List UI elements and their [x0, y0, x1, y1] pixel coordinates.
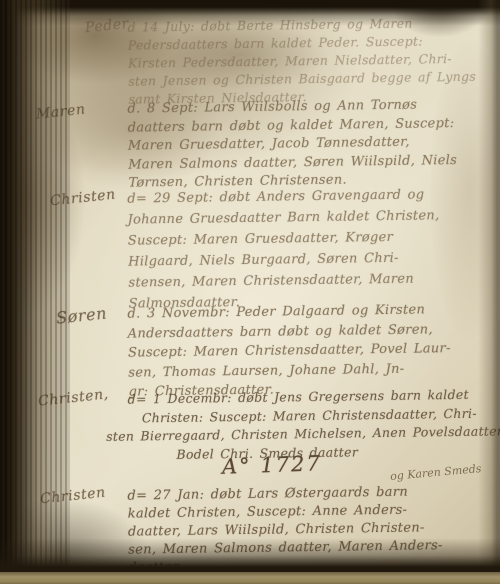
margin-name: Christen,	[37, 386, 109, 409]
register-entry: d. 8 Sept: Lars Wiilsbolls og Ann Tornøs…	[127, 95, 496, 193]
year-heading: A° 1727	[222, 451, 323, 478]
register-entry: d= 29 Sept: døbt Anders Gravengaard og J…	[127, 183, 497, 314]
margin-name: Christen	[49, 187, 116, 210]
marginal-note: og Karen Smeds	[390, 462, 482, 483]
margin-name: Maren	[35, 101, 86, 122]
table-surface	[0, 572, 500, 584]
margin-name: Christen	[39, 485, 106, 508]
margin-name: Søren	[55, 303, 108, 327]
register-entry: d 14 July: døbt Berte Hinsberg og Maren …	[127, 13, 496, 108]
register-entry: d= 27 Jan: døbt Lars Østergaards barn ka…	[127, 482, 496, 577]
margin-name: Peder	[84, 16, 129, 37]
scanned-register-page: Peder d 14 July: døbt Berte Hinsberg og …	[0, 0, 500, 584]
